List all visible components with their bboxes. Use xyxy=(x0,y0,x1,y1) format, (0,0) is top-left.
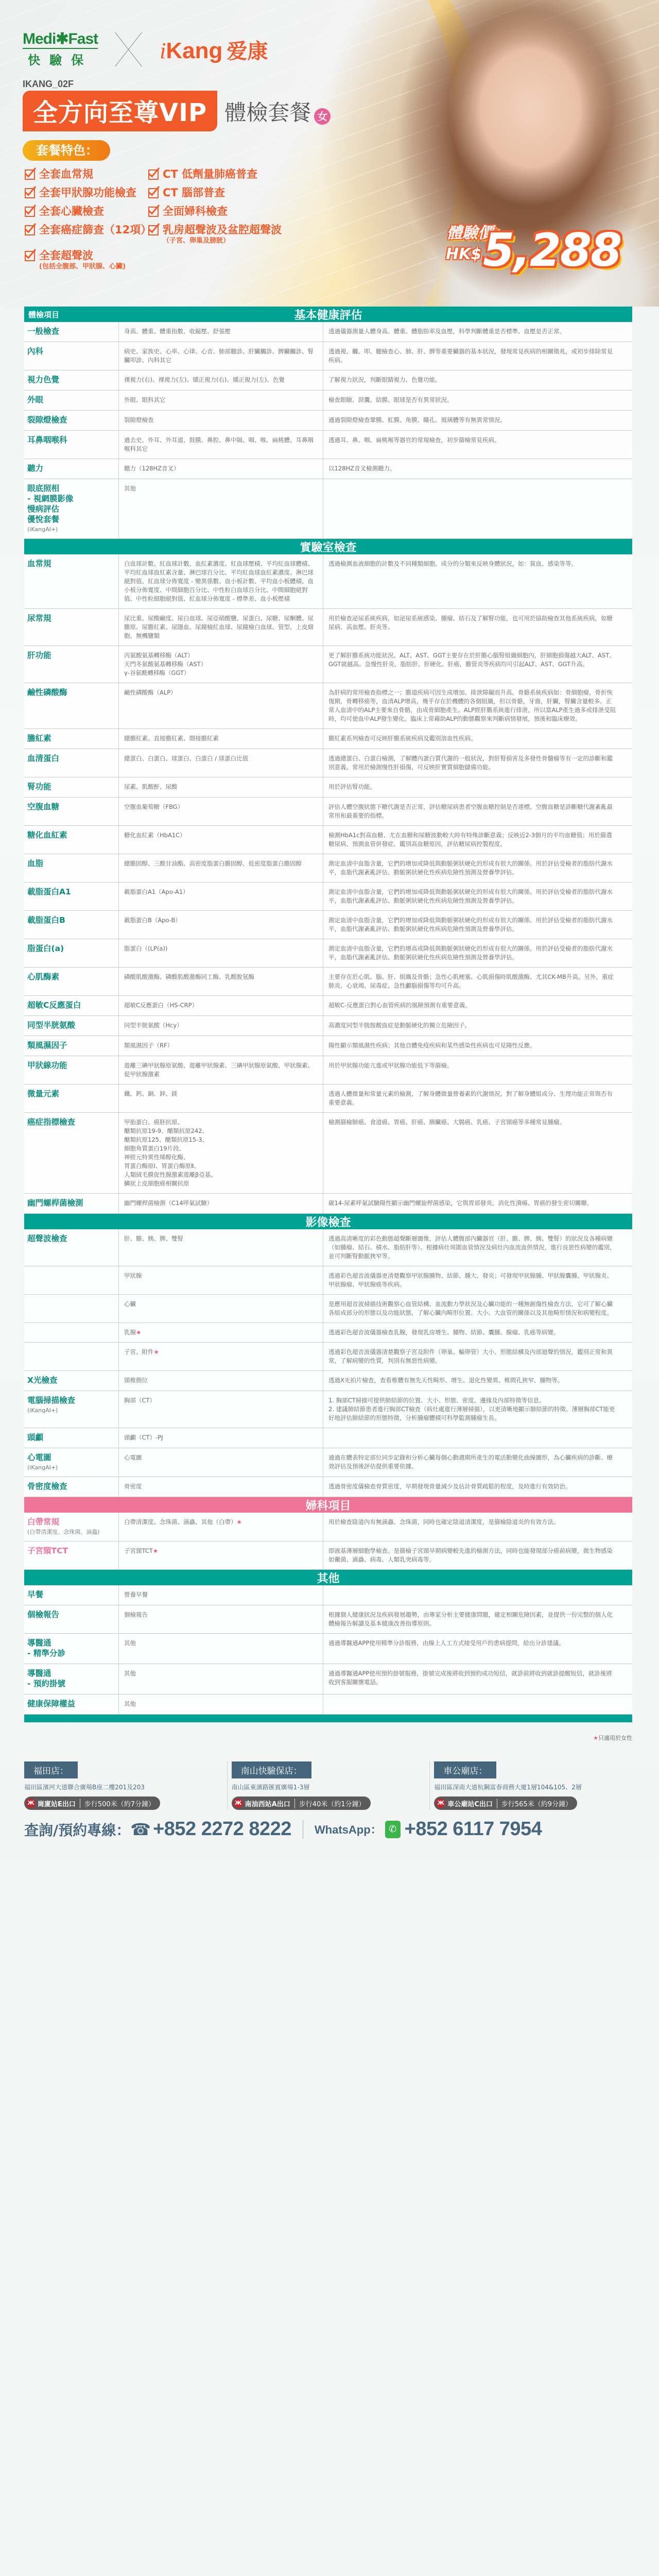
exam-name: 導醫通 - 精準分診 xyxy=(24,1634,118,1664)
exam-items: 尿素、肌酸酐、尿酸 xyxy=(118,777,323,797)
feature-text: 全套甲狀腺功能檢查 xyxy=(39,187,136,199)
feature-content: CT 腦部普查 xyxy=(163,184,225,201)
exam-items: 胸部（CT） xyxy=(118,1391,323,1428)
exam-name: 幽門螺桿菌檢測 xyxy=(24,1194,118,1213)
exam-name: 載脂蛋白A1 xyxy=(24,883,118,910)
female-only-star-icon: ★ xyxy=(154,1348,159,1355)
female-only-star-icon: ★ xyxy=(237,1518,242,1526)
exam-description: 通過導醫通APP使用預約掛號服務，掛號完成後將收到預約成功短信，就診前將收到就診… xyxy=(323,1664,632,1694)
checkbox-checked-icon xyxy=(148,207,159,217)
exam-name: 電腦掃描檢查(iKangAI+) xyxy=(24,1391,118,1428)
exam-name: 尿常規 xyxy=(24,609,118,646)
exam-description: 檢測篩檢肺癌、食道癌、胃癌、肝癌、胰臟癌、大腸癌、乳癌、子宮頸癌等多種常見腫瘤。 xyxy=(323,1113,632,1193)
table-row: 尿常規尿比重、尿酸鹼度、尿白血球、尿亞硝酸鹽、尿蛋白、尿糖、尿酮體、尿膽原、尿膽… xyxy=(24,609,632,646)
exam-items: 身高、體重、體重指數、收縮壓、舒張壓 xyxy=(118,322,323,342)
table-end xyxy=(24,1715,632,1722)
store-card: 福田店：福田區濱河大道聯合廣場B座二樓201及203Ж崗廈站E出口步行500米（… xyxy=(24,1761,227,1810)
exam-description: 透過檢測血液細胞的計數及不同種類細胞、成分的分類來反映身體狀況，如：貧血、感染等… xyxy=(323,554,632,608)
exam-name xyxy=(24,1295,118,1323)
exam-items: 總膽紅素、直接膽紅素、間接膽紅素 xyxy=(118,729,323,749)
exam-name: 子宮頸TCT xyxy=(24,1541,118,1569)
exam-name: 糖化血紅素 xyxy=(24,826,118,854)
section-header: 體檢項目基本健康評估 xyxy=(24,307,632,322)
exam-items: 子宮、附件★ xyxy=(118,1343,323,1370)
table-row: 腎功能尿素、肌酸酐、尿酸用於評估腎功能。 xyxy=(24,777,632,798)
table-row: 頭顱頭顱（CT）-PJ xyxy=(24,1428,632,1448)
exam-description: 用於檢查泌尿系統疾病，如泌尿系統感染、腫瘤、結石及了解腎功能，也可用於協助檢查其… xyxy=(323,609,632,646)
female-badge-icon: 女 xyxy=(314,108,331,125)
table-row: 載脂蛋白B載脂蛋白B（Apo-B）測定血清中血脂含量，它們的增加或降低與動脈粥狀… xyxy=(24,911,632,939)
phone-icon: ☎ xyxy=(130,1820,151,1839)
exam-description: 超敏C-反應蛋白對心血管疾病的風險預測有重要意義。 xyxy=(323,996,632,1015)
store-name: 車公廟店： xyxy=(434,1761,496,1778)
price-currency: HK$ xyxy=(446,245,481,263)
table-row: 導醫通 - 預約掛號其他通過導醫通APP使用預約掛號服務，掛號完成後將收到預約成… xyxy=(24,1664,632,1694)
exam-items: 甲狀腺 xyxy=(118,1266,323,1294)
female-only-star-icon: ★ xyxy=(153,1547,158,1554)
table-row: 乳腺★透過彩色超音波儀器檢查乳腺，發現乳房增生、腫物、結節、囊腫、腺瘤、乳癌等病… xyxy=(24,1323,632,1343)
exam-description: 透過彩色超音波儀器清楚觀察子宮及附件（卵巢、輸卵管）大小、形態結構及內部迴聲的情… xyxy=(323,1343,632,1370)
feature-text: 全套超聲波 xyxy=(39,249,93,262)
ikang-logo: iKang爱康 xyxy=(160,35,268,64)
store-list: 福田店：福田區濱河大道聯合廣場B座二樓201及203Ж崗廈站E出口步行500米（… xyxy=(24,1761,632,1810)
walk-distance: 步行500米（約7分鐘） xyxy=(84,1799,155,1808)
exam-description: 檢測HbA1c對高血糖、尤在血糖和尿糖波動較大時有特殊診斷意義；反映近2-3個月… xyxy=(323,826,632,854)
exam-items: 外眼、眼科其它 xyxy=(118,391,323,410)
exam-name: 內科 xyxy=(24,342,118,370)
checkbox-checked-icon xyxy=(25,170,35,180)
table-row: 導醫通 - 精準分診其他通過導醫通APP使用精準分診服務，由線上人工方式接受用戶… xyxy=(24,1634,632,1664)
table-row: 微量元素鐵、鈣、銅、鋅、鎂透過人體微量和常量元素的檢測，了解身體微量營養素的代謝… xyxy=(24,1084,632,1113)
exam-description: 膽紅素系列檢查可反映肝膽系統疾病及鑑別溶血性疾病。 xyxy=(323,729,632,749)
exam-name: 一般檢查 xyxy=(24,322,118,342)
price-amount: 5,288 xyxy=(483,224,621,277)
exam-description: 透過耳、鼻、咽、扁桃喉等器官的常規檢查，初步篩檢常見疾病。 xyxy=(323,431,632,459)
table-row: 內科病史、家族史、心率、心律、心音、肺部聽診、肝臟觸診、脾臟觸診、腎臟叩診、內科… xyxy=(24,342,632,370)
exam-items: 骨密度 xyxy=(118,1477,323,1497)
exam-items: 總蛋白、白蛋白、球蛋白、白蛋白 / 球蛋白比值 xyxy=(118,749,323,777)
feature-note: (包括全腹部、甲狀腺、心臟) xyxy=(39,263,126,271)
feature-item: 全套血常規 xyxy=(25,166,148,182)
exam-items: 鹼性磷酸酶（ALP） xyxy=(118,683,323,728)
package-subtitle: 體檢套餐女 xyxy=(224,96,331,127)
table-row: 甲狀腺透過彩色超音波儀器更清楚觀察甲狀腺腫物、結節、腫大、發炎；可發現甲狀腺腫、… xyxy=(24,1266,632,1295)
table-row: 空腹血糖空腹血葡萄糖（FBG）評估人體空腹狀態下糖代謝是否正常，評估糖尿病患者空… xyxy=(24,798,632,826)
mtr-icon: Ж xyxy=(26,1799,36,1808)
exam-description: 陽性顯示類風濕性疾病；其他自體免疫疾病和某些感染性疾病也可見陽性反應。 xyxy=(323,1036,632,1056)
table-end-bar xyxy=(24,1715,632,1722)
exam-items: 脂蛋白（(LP(a)) xyxy=(118,939,323,967)
store-address: 福田區深南大道杭鋼富春商務大廈1層104&105、2層 xyxy=(434,1783,627,1791)
table-row: 幽門螺桿菌檢測幽門螺桿菌檢測（C14呼氣試驗）碳14-尿素呼氣試驗陽性顯示幽門螺… xyxy=(24,1194,632,1214)
exam-description: 評估人體空腹狀態下糖代謝是否正常，評估糖尿病患者空腹血糖控制是否達標。空腹血糖是… xyxy=(323,798,632,825)
section-header: 實驗室檢查 xyxy=(24,539,632,554)
exam-description: 透過儀器測量人體身高、體重、體脂肪率及血壓，科學判斷體重是否標準、血壓是否正常。 xyxy=(323,322,632,342)
exam-items: 鐵、鈣、銅、鋅、鎂 xyxy=(118,1084,323,1112)
feature-content: 全面婦科檢查 xyxy=(163,203,228,219)
exam-items: 白帶清潔度、念珠菌、滴蟲、其他（白帶）★ xyxy=(118,1513,323,1541)
logo-bar: Medi✱Fast 快驗保 iKang爱康 xyxy=(23,30,268,69)
mtr-station: 車公廟站C出口 xyxy=(447,1799,497,1808)
exam-description xyxy=(323,1694,632,1714)
exam-description: 碳14-尿素呼氣試驗陽性顯示幽門螺旋桿菌感染，它與胃部發炎、消化性潰瘍、胃癌的發… xyxy=(323,1194,632,1213)
exam-description: 透過高清晰度的彩色動態超聲斷層圖像，評估人體腹部內臟器官（肝、膽、脾、胰、雙腎）… xyxy=(323,1229,632,1266)
exam-name-sub: (白帶清潔度、念珠菌、滴蟲) xyxy=(27,1528,114,1536)
store-name: 南山快驗保店： xyxy=(232,1761,311,1778)
exam-description xyxy=(323,1428,632,1448)
exam-items: 幽門螺桿菌檢測（C14呼氣試驗） xyxy=(118,1194,323,1213)
feature-text: 全套癌症篩查（12項） xyxy=(39,224,151,236)
exam-name xyxy=(24,1323,118,1342)
whatsapp-icon: ✆ xyxy=(385,1821,401,1838)
exam-name: 心肌酶素 xyxy=(24,968,118,995)
store-card: 南山快驗保店：南山區東濱路匯賓廣場1-3層Ж南油西站A出口步行40米（約1分鐘） xyxy=(227,1761,430,1810)
exam-name: 癌症指標檢查 xyxy=(24,1113,118,1193)
feature-item: 全套甲狀腺功能檢查 xyxy=(25,184,148,201)
feature-text: CT 低劑量肺癌普查 xyxy=(163,168,257,180)
medifast-logo: Medi✱Fast 快驗保 xyxy=(23,31,98,68)
exam-name: 脂蛋白(a) xyxy=(24,939,118,967)
table-row: 血清蛋白總蛋白、白蛋白、球蛋白、白蛋白 / 球蛋白比值透過總蛋白、白蛋白檢測，了… xyxy=(24,749,632,777)
exam-description: 測定血清中血脂含量，它們的增加或降低與動脈粥狀硬化的形成有很大的關係。用於評估受… xyxy=(323,854,632,882)
feature-content: 全套癌症篩查（12項） xyxy=(39,222,148,238)
exam-description: 透過彩色超音波儀器檢查乳腺，發現乳房增生、腫物、結節、囊腫、腺瘤、乳癌等病變。 xyxy=(323,1323,632,1342)
section-title: 基本健康評估 xyxy=(140,307,632,323)
table-row: 血常規白血球計數、紅血球計數、血紅素濃度、紅血球壓積、平均紅血球體積、平均紅血球… xyxy=(24,554,632,609)
table-row: 白帶常規(白帶清潔度、念珠菌、滴蟲)白帶清潔度、念珠菌、滴蟲、其他（白帶）★用於… xyxy=(24,1513,632,1541)
exam-description: 測定血清中血脂含量，它們的增高或降低與動脈粥狀硬化的形成有很大的關係。用於評估受… xyxy=(323,939,632,967)
table-row: 外眼外眼、眼科其它檢查眼瞼、淚囊、結膜、眼球是否有異常狀況。 xyxy=(24,391,632,411)
exam-name: 導醫通 - 預約掛號 xyxy=(24,1664,118,1694)
table-row: 心臟是應用超音波掃描技術觀察心血管結構、血流動力學狀況及心臟功能的一種無創傷性檢… xyxy=(24,1295,632,1323)
feature-note: （子宮、卵巢及膀胱） xyxy=(163,237,282,245)
exam-items: 磷酸肌酸激酶、磷酸肌酸激酶同工酶、乳酸脫氫酶 xyxy=(118,968,323,995)
exam-description: 根據個人健康狀況及疾病發展趨勢，由專家分析主要健康問題，確定相關危險因素，並提供… xyxy=(323,1605,632,1633)
exam-name: 眼底照相 - 視網膜影像 慢病評估 優悅套餐(iKangAI+) xyxy=(24,479,118,538)
exam-name: 超聲波檢查 xyxy=(24,1229,118,1266)
exam-name: 空腹血糖 xyxy=(24,798,118,825)
mtr-directions: Ж崗廈站E出口步行500米（約7分鐘） xyxy=(24,1797,160,1810)
table-row: 一般檢查身高、體重、體重指數、收縮壓、舒張壓透過儀器測量人體身高、體重、體脂肪率… xyxy=(24,322,632,342)
exam-items: 遊離三碘甲狀腺原氨酸、遊離甲狀腺素、三碘甲狀腺原氨酸、甲狀腺素、促甲狀腺激素 xyxy=(118,1056,323,1084)
table-row: 類風濕因子類風濕因子（RF）陽性顯示類風濕性疾病；其他自體免疫疾病和某些感染性疾… xyxy=(24,1036,632,1056)
whatsapp-number[interactable]: +852 6117 7954 xyxy=(405,1818,542,1840)
exam-description: 通過在體表特定部位同步記錄和分析心臟每個心動週期所產生的電活動變化曲線圖形，為心… xyxy=(323,1448,632,1477)
feature-text: CT 腦部普查 xyxy=(163,187,225,199)
exam-items: 甲胎蛋白、癌胚抗原、 醣類抗原19-9、醣類抗原242、 醣類抗原125、醣類抗… xyxy=(118,1113,323,1193)
exam-items: 其他 xyxy=(118,1694,323,1714)
exam-name: 同型半胱氨酸 xyxy=(24,1016,118,1036)
exam-description: 1. 胸部CT掃描可提供肺結節的位置、大小、形態、密度、邊緣及內部特徵等信息。 … xyxy=(323,1391,632,1428)
exam-description: 透過視、觸、叩、聽檢查心、肺、肝、脾等重要臟器的基本狀況，發現常見疾病的相關徵兆… xyxy=(323,342,632,370)
table-row: 早餐營養早餐 xyxy=(24,1585,632,1605)
exam-items: 總膽固醇、三酸甘油酯、高密度脂蛋白膽固醇、低密度脂蛋白膽固醇 xyxy=(118,854,323,882)
exam-description xyxy=(323,479,632,538)
exam-description: 用於檢查陰道內有無滴蟲、念珠菌，同時也確定陰道清潔度，是篩檢陰道炎的有效方法。 xyxy=(323,1513,632,1541)
exam-name: 超敏C反應蛋白 xyxy=(24,996,118,1015)
exam-items: 其他 xyxy=(118,1664,323,1694)
exam-description: 即液基薄層細胞學檢查。是篩檢子宮頸早期病變較先進的檢測方法，同時也能發現部分癌前… xyxy=(323,1541,632,1569)
price-block: 體驗價： HK$ 5,288 xyxy=(447,225,509,242)
exam-items: 頸椎側位 xyxy=(118,1371,323,1391)
exam-name: 聽力 xyxy=(24,459,118,479)
checkbox-checked-icon xyxy=(25,188,35,198)
exam-description: 透過骨密度儀檢查骨質密度，早期發現骨量減少及估計骨質疏鬆的程度，及時進行有效防治… xyxy=(323,1477,632,1497)
feature-item: 全套癌症篩查（12項） xyxy=(25,222,148,245)
exam-items: 心臟 xyxy=(118,1295,323,1323)
female-only-star-icon: ★ xyxy=(136,1329,141,1336)
exam-items: 超敏C反應蛋白（HS-CRP） xyxy=(118,996,323,1015)
store-card: 車公廟店：福田區深南大道杭鋼富春商務大廈1層104&105、2層Ж車公廟站C出口… xyxy=(429,1761,632,1810)
exam-name: 類風濕因子 xyxy=(24,1036,118,1056)
exam-description: 透過X光拍片檢查，查看椎體有無先天性畸形、增生、退化性變異、椎間孔狹窄、腫物等。 xyxy=(323,1371,632,1391)
feature-content: 全套心臟檢查 xyxy=(39,203,104,219)
store-address: 南山區東濱路匯賓廣場1-3層 xyxy=(232,1783,425,1791)
exam-items: 糖化血紅素（HbA1C） xyxy=(118,826,323,854)
mtr-directions: Ж車公廟站C出口步行565米（約9分鐘） xyxy=(434,1797,577,1810)
table-row: 心肌酶素磷酸肌酸激酶、磷酸肌酸激酶同工酶、乳酸脫氫酶主要存在於心肌、腦、肝、組織… xyxy=(24,968,632,996)
table-row: 膽紅素總膽紅素、直接膽紅素、間接膽紅素膽紅素系列檢查可反映肝膽系統疾病及鑑別溶血… xyxy=(24,729,632,749)
exam-description: 更了解肝膽系統功能狀況。ALT、AST、GGT主要存在於肝膽心腦腎組織細胞內，肝… xyxy=(323,646,632,683)
exam-name: 早餐 xyxy=(24,1585,118,1605)
feature-content: 全套甲狀腺功能檢查 xyxy=(39,184,136,201)
feature-item: 全套心臟檢查 xyxy=(25,203,148,219)
exam-description: 為肝病的常用檢查指標之一；膽道疾病可因生成增加、排泄障礙而升高。骨骼系統疾病如：… xyxy=(323,683,632,728)
exam-items: 裂隙燈檢查 xyxy=(118,411,323,430)
feature-content: 全套超聲波(包括全腹部、甲狀腺、心臟) xyxy=(39,247,126,271)
checkbox-checked-icon xyxy=(25,207,35,217)
exam-items: 乳腺★ xyxy=(118,1323,323,1342)
exam-name xyxy=(24,1343,118,1370)
table-row: 個檢報告個檢報告根據個人健康狀況及疾病發展趨勢，由專家分析主要健康問題，確定相關… xyxy=(24,1605,632,1634)
exam-name-sub: (iKangAI+) xyxy=(27,1406,114,1414)
exam-name: 腎功能 xyxy=(24,777,118,797)
table-row: 耳鼻咽喉科過去史、外耳、外耳道、鼓膜、鼻腔、鼻中隔、咽、喉、扁桃體、耳鼻咽喉科其… xyxy=(24,431,632,459)
walk-distance: 步行565米（約9分鐘） xyxy=(501,1799,572,1808)
exam-description: 用於評估腎功能。 xyxy=(323,777,632,797)
feature-text: 全套血常規 xyxy=(39,168,93,180)
exam-items: 類風濕因子（RF） xyxy=(118,1036,323,1056)
table-row: 糖化血紅素糖化血紅素（HbA1C）檢測HbA1c對高血糖、尤在血糖和尿糖波動較大… xyxy=(24,826,632,854)
feature-text: 全面婦科檢查 xyxy=(163,205,228,217)
feature-item: CT 低劑量肺癌普查 xyxy=(148,166,313,182)
feature-content: 全套血常規 xyxy=(39,166,93,182)
table-row: 聽力聽力（128HZ音叉）以128HZ音叉檢測聽力。 xyxy=(24,459,632,479)
table-row: 鹼性磷酸酶鹼性磷酸酶（ALP）為肝病的常用檢查指標之一；膽道疾病可因生成增加、排… xyxy=(24,683,632,729)
table-row: 脂蛋白(a)脂蛋白（(LP(a))測定血清中血脂含量，它們的增高或降低與動脈粥狀… xyxy=(24,939,632,968)
walk-distance: 步行40米（約1分鐘） xyxy=(299,1799,366,1808)
section-header: 婦科項目 xyxy=(24,1497,632,1513)
feature-text: 全套心臟檢查 xyxy=(39,205,104,217)
exam-name: 甲狀線功能 xyxy=(24,1056,118,1084)
exam-description: 是應用超音波掃描技術觀察心血管結構、血流動力學狀況及心臟功能的一種無創傷性檢查方… xyxy=(323,1295,632,1323)
features-list: 全套血常規CT 低劑量肺癌普查全套甲狀腺功能檢查CT 腦部普查全套心臟檢查全面婦… xyxy=(25,166,313,271)
table-row: 肝功能丙氨酸氨基轉移酶（ALT） 天門冬氨酸氨基轉移酶（AST） γ-谷氨酰轉移… xyxy=(24,646,632,683)
exam-name: 骨密度檢查 xyxy=(24,1477,118,1497)
mtr-directions: Ж南油西站A出口步行40米（約1分鐘） xyxy=(232,1797,371,1810)
table-row: 電腦掃描檢查(iKangAI+)胸部（CT）1. 胸部CT掃描可提供肺結節的位置… xyxy=(24,1391,632,1428)
table-row: 心電圖(iKangAI+)心電圖通過在體表特定部位同步記錄和分析心臟每個心動週期… xyxy=(24,1448,632,1477)
hotline-number[interactable]: +852 2272 8222 xyxy=(153,1818,291,1840)
exam-items: 白血球計數、紅血球計數、血紅素濃度、紅血球壓積、平均紅血球體積、平均紅血球血紅素… xyxy=(118,554,323,608)
exam-name: 心電圖(iKangAI+) xyxy=(24,1448,118,1477)
exam-items: 過去史、外耳、外耳道、鼓膜、鼻腔、鼻中隔、咽、喉、扁桃體、耳鼻咽喉科其它 xyxy=(118,431,323,459)
table-row: 癌症指標檢查甲胎蛋白、癌胚抗原、 醣類抗原19-9、醣類抗原242、 醣類抗原1… xyxy=(24,1113,632,1194)
package-title-row: 全方向至尊VIP 體檢套餐女 xyxy=(23,91,331,131)
store-name: 福田店： xyxy=(24,1761,78,1778)
table-row: 甲狀線功能遊離三碘甲狀腺原氨酸、遊離甲狀腺素、三碘甲狀腺原氨酸、甲狀腺素、促甲狀… xyxy=(24,1056,632,1084)
exam-items: 同型半胱氨酸（Hcy） xyxy=(118,1016,323,1036)
checkbox-checked-icon xyxy=(148,188,159,198)
section-title: 其他 xyxy=(24,1570,632,1586)
feature-item: 乳房超聲波及盆腔超聲波（子宮、卵巢及膀胱） xyxy=(148,222,313,245)
exam-description: 通過導醫通APP使用精準分診服務，由線上人工方式接受用戶的患病提問，給出分診建議… xyxy=(323,1634,632,1664)
exam-name: 頭顱 xyxy=(24,1428,118,1448)
exam-name: 耳鼻咽喉科 xyxy=(24,431,118,459)
exam-name: 白帶常規(白帶清潔度、念珠菌、滴蟲) xyxy=(24,1513,118,1541)
exam-description: 透過彩色超音波儀器更清楚觀察甲狀腺腫物、結節、腫大、發炎；可發現甲狀腺腫、甲狀腺… xyxy=(323,1266,632,1294)
section-header: 影像檢查 xyxy=(24,1214,632,1229)
exam-name-sub: (iKangAI+) xyxy=(27,1464,114,1471)
exam-items: 裸視力(右)、裸視力(左)、矯正視力(右)、矯正視力(左)、色覺 xyxy=(118,370,323,390)
feature-text: 乳房超聲波及盆腔超聲波 xyxy=(163,224,282,236)
cross-divider-icon xyxy=(113,30,144,69)
store-address: 福田區濱河大道聯合廣場B座二樓201及203 xyxy=(24,1783,222,1791)
exam-items: 空腹血葡萄糖（FBG） xyxy=(118,798,323,825)
exam-items: 肝、膽、胰、脾、雙腎 xyxy=(118,1229,323,1266)
exam-name: 裂隙燈檢查 xyxy=(24,411,118,430)
exam-name: 血常規 xyxy=(24,554,118,608)
exam-name: 健康保障權益 xyxy=(24,1694,118,1714)
mtr-icon: Ж xyxy=(436,1799,445,1808)
exam-items: 病史、家族史、心率、心律、心音、肺部聽診、肝臟觸診、脾臟觸診、腎臟叩診、內科其它 xyxy=(118,342,323,370)
section-title: 婦科項目 xyxy=(24,1497,632,1513)
exam-items: 其他 xyxy=(118,479,323,538)
exam-description: 以128HZ音叉檢測聽力。 xyxy=(323,459,632,479)
exam-name-sub: (iKangAI+) xyxy=(27,526,114,533)
table-row: 超敏C反應蛋白超敏C反應蛋白（HS-CRP）超敏C-反應蛋白對心血管疾病的風險預… xyxy=(24,996,632,1016)
exam-items: 個檢報告 xyxy=(118,1605,323,1633)
exam-description xyxy=(323,1585,632,1605)
exam-name xyxy=(24,1266,118,1294)
exam-name: 肝功能 xyxy=(24,646,118,683)
exam-name: 外眼 xyxy=(24,391,118,410)
checkbox-checked-icon xyxy=(148,170,159,180)
exam-description: 通過裂隙燈檢查鞏膜、虹膜、角膜、瞳孔、玻璃體等有無異常情況。 xyxy=(323,411,632,430)
column-header: 體檢項目 xyxy=(24,309,140,320)
section-header: 其他 xyxy=(24,1570,632,1585)
exam-items: 心電圖 xyxy=(118,1448,323,1477)
table-row: 載脂蛋白A1載脂蛋白A1（Apo-A1）測定血清中血脂含量，它們的增加或降低與動… xyxy=(24,883,632,911)
hero-banner: Medi✱Fast 快驗保 iKang爱康 IKANG_02F 全方向至尊VIP… xyxy=(0,0,659,307)
table-row: 健康保障權益其他 xyxy=(24,1694,632,1715)
exam-description: 透過人體微量和常量元素的檢測，了解身體微量營養素的代謝情況，對了解身體組成分、生… xyxy=(323,1084,632,1112)
exam-items: 載脂蛋白B（Apo-B） xyxy=(118,911,323,939)
exam-description: 測定血清中血脂含量，它們的增加或降低與動脈粥狀硬化的形成有很大的關係。用於評估受… xyxy=(323,911,632,939)
exam-items: 尿比重、尿酸鹼度、尿白血球、尿亞硝酸鹽、尿蛋白、尿糖、尿酮體、尿膽原、尿膽紅素、… xyxy=(118,609,323,646)
exam-name: 膽紅素 xyxy=(24,729,118,749)
checkbox-checked-icon xyxy=(148,225,159,235)
exam-description: 用於甲狀腺功能亢進或甲狀腺功能低下等篩檢。 xyxy=(323,1056,632,1084)
table-row: 裂隙燈檢查裂隙燈檢查通過裂隙燈檢查鞏膜、虹膜、角膜、瞳孔、玻璃體等有無異常情況。 xyxy=(24,411,632,431)
whatsapp-label: WhatsApp： xyxy=(315,1821,382,1837)
table-row: 子宮頸TCT子宮頸TCT★即液基薄層細胞學檢查。是篩檢子宮頸早期病變較先進的檢測… xyxy=(24,1541,632,1570)
exam-description: 主要存在於心肌、腦、肝、組織及骨骼；急性心肌梗塞、心肌損傷時肌酸激酶、尤其CK-… xyxy=(323,968,632,995)
mtr-station: 南油西站A出口 xyxy=(245,1799,295,1808)
hotline-label: 查詢/預約專線： xyxy=(24,1819,130,1840)
section-title: 實驗室檢查 xyxy=(24,539,632,555)
exam-name: 血清蛋白 xyxy=(24,749,118,777)
footnote: ★只適用於女性 xyxy=(0,1734,632,1742)
mtr-icon: Ж xyxy=(234,1799,243,1808)
exam-table: 體檢項目基本健康評估一般檢查身高、體重、體重指數、收縮壓、舒張壓透過儀器測量人體… xyxy=(24,307,632,1715)
feature-item: 全套超聲波(包括全腹部、甲狀腺、心臟) xyxy=(25,247,148,271)
feature-content: CT 低劑量肺癌普查 xyxy=(163,166,257,182)
table-row: 同型半胱氨酸同型半胱氨酸（Hcy）高濃度同型半胱胺酸血症是動脈硬化的獨立危險因子… xyxy=(24,1016,632,1036)
package-code: IKANG_02F xyxy=(23,79,74,90)
exam-items: 子宮頸TCT★ xyxy=(118,1541,323,1569)
exam-description: 透過總蛋白、白蛋白檢測，了解體內蛋白質代謝的一般狀況，對肝腎損害及多發性骨髓瘤等… xyxy=(323,749,632,777)
exam-name: 視力色覺 xyxy=(24,370,118,390)
checkbox-checked-icon xyxy=(25,251,35,261)
exam-items: 聽力（128HZ音叉） xyxy=(118,459,323,479)
exam-items: 其他 xyxy=(118,1634,323,1664)
exam-items: 營養早餐 xyxy=(118,1585,323,1605)
table-row: 超聲波檢查肝、膽、胰、脾、雙腎透過高清晰度的彩色動態超聲斷層圖像，評估人體腹部內… xyxy=(24,1229,632,1266)
exam-name: X光檢查 xyxy=(24,1371,118,1391)
exam-description: 測定血清中血脂含量，它們的增加或降低與動脈粥狀硬化的形成有很大的關係。用於評估受… xyxy=(323,883,632,910)
exam-items: 載脂蛋白A1（Apo-A1） xyxy=(118,883,323,910)
feature-item: CT 腦部普查 xyxy=(148,184,313,201)
exam-description: 了解視力狀況，判斷眼睛視力、色覺功能。 xyxy=(323,370,632,390)
exam-name: 血脂 xyxy=(24,854,118,882)
exam-name: 微量元素 xyxy=(24,1084,118,1112)
package-title: 全方向至尊VIP xyxy=(23,91,217,131)
table-row: 視力色覺裸視力(右)、裸視力(左)、矯正視力(右)、矯正視力(左)、色覺了解視力… xyxy=(24,370,632,391)
contact-bar: 查詢/預約專線： ☎ +852 2272 8222 WhatsApp： ✆ +8… xyxy=(24,1818,632,1840)
checkbox-checked-icon xyxy=(25,225,35,235)
exam-description: 高濃度同型半胱胺酸血症是動脈硬化的獨立危險因子。 xyxy=(323,1016,632,1036)
page: Medi✱Fast 快驗保 iKang爱康 IKANG_02F 全方向至尊VIP… xyxy=(0,0,659,1861)
exam-items: 丙氨酸氨基轉移酶（ALT） 天門冬氨酸氨基轉移酶（AST） γ-谷氨酰轉移酶（G… xyxy=(118,646,323,683)
star-icon: ★ xyxy=(593,1735,598,1741)
divider xyxy=(303,1820,303,1839)
feature-content: 乳房超聲波及盆腔超聲波（子宮、卵巢及膀胱） xyxy=(163,222,282,245)
exam-name: 載脂蛋白B xyxy=(24,911,118,939)
mtr-station: 崗廈站E出口 xyxy=(38,1799,80,1808)
table-row: 眼底照相 - 視網膜影像 慢病評估 優悅套餐(iKangAI+)其他 xyxy=(24,479,632,539)
feature-item: 全面婦科檢查 xyxy=(148,203,313,219)
section-title: 影像檢查 xyxy=(24,1214,632,1230)
table-row: 骨密度檢查骨密度透過骨密度儀檢查骨質密度，早期發現骨量減少及估計骨質疏鬆的程度，… xyxy=(24,1477,632,1497)
table-row: X光檢查頸椎側位透過X光拍片檢查，查看椎體有無先天性畸形、增生、退化性變異、椎間… xyxy=(24,1371,632,1391)
exam-name: 個檢報告 xyxy=(24,1605,118,1633)
exam-items: 頭顱（CT）-PJ xyxy=(118,1428,323,1448)
table-row: 血脂總膽固醇、三酸甘油酯、高密度脂蛋白膽固醇、低密度脂蛋白膽固醇測定血清中血脂含… xyxy=(24,854,632,883)
features-label: 套餐特色： xyxy=(23,140,110,161)
exam-description: 檢查眼瞼、淚囊、結膜、眼球是否有異常狀況。 xyxy=(323,391,632,410)
exam-name: 鹼性磷酸酶 xyxy=(24,683,118,728)
table-row: 子宮、附件★透過彩色超音波儀器清楚觀察子宮及附件（卵巢、輸卵管）大小、形態結構及… xyxy=(24,1343,632,1371)
